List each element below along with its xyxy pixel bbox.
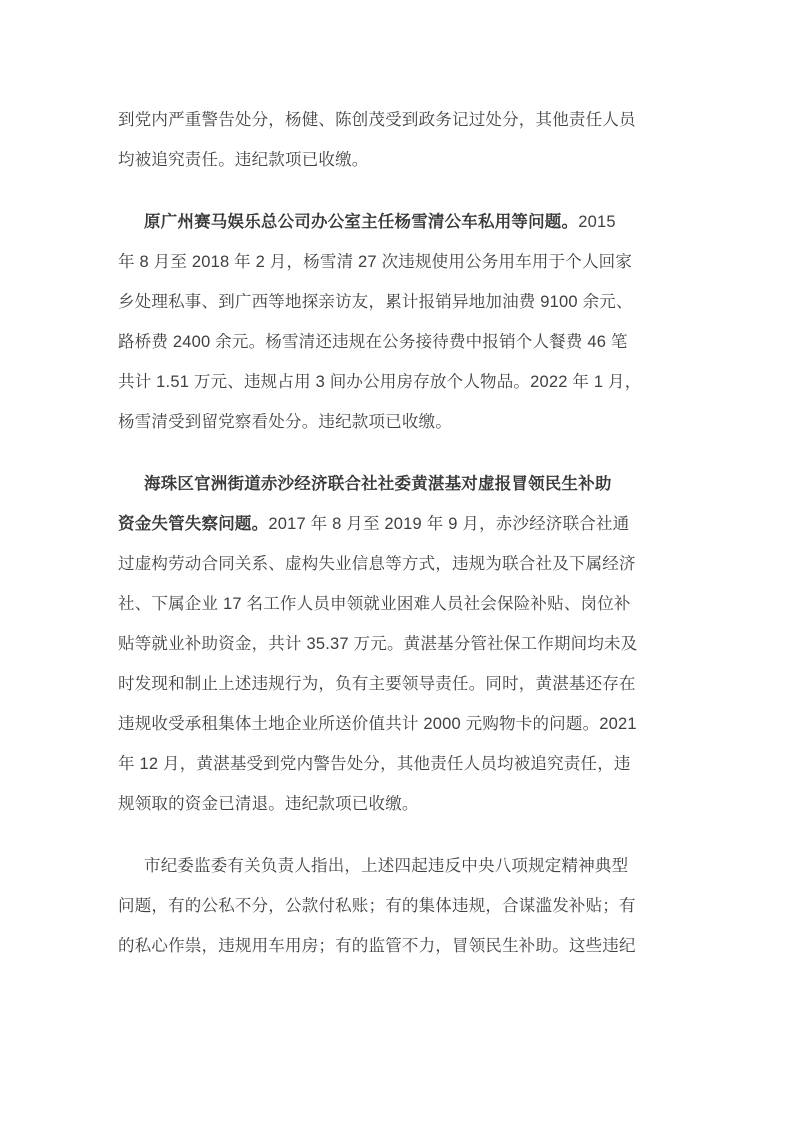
- paragraph-previous-case-conclusion-line-1: 到党内严重警告处分，杨健、陈创茂受到政务记过处分，其他责任人员: [118, 100, 638, 140]
- body-text: 规领取的资金已清退。违纪款项已收缴。: [118, 795, 419, 813]
- paragraph-huangzhanji-case-line-2: 资金失管失察问题。2017 年 8 月至 2019 年 9 月，赤沙经济联合社通: [118, 504, 638, 544]
- body-text: 乡处理私事、到广西等地探亲访友，累计报销异地加油费 9100 余元、: [118, 293, 633, 311]
- body-text: 过虚构劳动合同关系、虚构失业信息等方式，违规为联合社及下属经济: [118, 555, 636, 573]
- body-text: 共计 1.51 万元、违规占用 3 间办公用房存放个人物品。2022 年 1 月…: [118, 373, 641, 391]
- paragraph-huangzhanji-case-line-1: 海珠区官洲街道赤沙经济联合社社委黄湛基对虚报冒领民生补助: [118, 464, 638, 504]
- paragraph-previous-case-conclusion-line-2: 均被追究责任。违纪款项已收缴。: [118, 140, 638, 180]
- paragraph-commission-remarks-line-1: 市纪委监委有关负责人指出，上述四起违反中央八项规定精神典型: [118, 846, 638, 886]
- paragraph-huangzhanji-case-line-3: 过虚构劳动合同关系、虚构失业信息等方式，违规为联合社及下属经济: [118, 544, 638, 584]
- body-text: 年 12 月，黄湛基受到党内警告处分，其他责任人员均被追究责任，违: [118, 755, 631, 773]
- paragraph-yangxueqing-case-line-4: 路桥费 2400 余元。杨雪清还违规在公务接待费中报销个人餐费 46 笔: [118, 322, 638, 362]
- paragraph-commission-remarks-line-2: 问题，有的公私不分，公款付私账；有的集体违规，合谋滥发补贴；有: [118, 886, 638, 926]
- paragraph-huangzhanji-case-line-7: 违规收受承租集体土地企业所送价值共计 2000 元购物卡的问题。2021: [118, 704, 638, 744]
- paragraph-huangzhanji-case: 海珠区官洲街道赤沙经济联合社社委黄湛基对虚报冒领民生补助资金失管失察问题。201…: [118, 464, 638, 824]
- bold-lead-text: 原广州赛马娱乐总公司办公室主任杨雪清公车私用等问题。: [144, 213, 578, 231]
- body-text: 均被追究责任。违纪款项已收缴。: [118, 151, 369, 169]
- body-text: 2015: [578, 213, 616, 231]
- body-text: 社、下属企业 17 名工作人员申领就业困难人员社会保险补贴、岗位补: [118, 595, 631, 613]
- paragraph-huangzhanji-case-line-9: 规领取的资金已清退。违纪款项已收缴。: [118, 784, 638, 824]
- paragraph-huangzhanji-case-line-4: 社、下属企业 17 名工作人员申领就业困难人员社会保险补贴、岗位补: [118, 584, 638, 624]
- paragraph-yangxueqing-case-line-6: 杨雪清受到留党察看处分。违纪款项已收缴。: [118, 402, 638, 442]
- paragraph-huangzhanji-case-line-5: 贴等就业补助资金，共计 35.37 万元。黄湛基分管社保工作期间均未及: [118, 624, 638, 664]
- bold-lead-text: 海珠区官洲街道赤沙经济联合社社委黄湛基对虚报冒领民生补助: [144, 475, 612, 493]
- document-page: 到党内严重警告处分，杨健、陈创茂受到政务记过处分，其他责任人员均被追究责任。违纪…: [0, 0, 800, 1131]
- paragraph-yangxueqing-case: 原广州赛马娱乐总公司办公室主任杨雪清公车私用等问题。2015年 8 月至 201…: [118, 202, 638, 442]
- paragraph-yangxueqing-case-line-1: 原广州赛马娱乐总公司办公室主任杨雪清公车私用等问题。2015: [118, 202, 638, 242]
- body-text: 2017 年 8 月至 2019 年 9 月，赤沙经济联合社通: [268, 515, 629, 533]
- body-text: 时发现和制止上述违规行为，负有主要领导责任。同时，黄湛基还存在: [118, 675, 636, 693]
- body-text: 问题，有的公私不分，公款付私账；有的集体违规，合谋滥发补贴；有: [118, 897, 636, 915]
- paragraph-yangxueqing-case-line-3: 乡处理私事、到广西等地探亲访友，累计报销异地加油费 9100 余元、: [118, 282, 638, 322]
- article-body: 到党内严重警告处分，杨健、陈创茂受到政务记过处分，其他责任人员均被追究责任。违纪…: [118, 100, 638, 966]
- paragraph-huangzhanji-case-line-8: 年 12 月，黄湛基受到党内警告处分，其他责任人员均被追究责任，违: [118, 744, 638, 784]
- paragraph-yangxueqing-case-line-5: 共计 1.51 万元、违规占用 3 间办公用房存放个人物品。2022 年 1 月…: [118, 362, 638, 402]
- body-text: 年 8 月至 2018 年 2 月，杨雪清 27 次违规使用公务用车用于个人回家: [118, 253, 632, 271]
- paragraph-commission-remarks-line-3: 的私心作祟，违规用车用房；有的监管不力，冒领民生补助。这些违纪: [118, 926, 638, 966]
- body-text: 的私心作祟，违规用车用房；有的监管不力，冒领民生补助。这些违纪: [118, 937, 636, 955]
- paragraph-previous-case-conclusion: 到党内严重警告处分，杨健、陈创茂受到政务记过处分，其他责任人员均被追究责任。违纪…: [118, 100, 638, 180]
- paragraph-huangzhanji-case-line-6: 时发现和制止上述违规行为，负有主要领导责任。同时，黄湛基还存在: [118, 664, 638, 704]
- body-text: 市纪委监委有关负责人指出，上述四起违反中央八项规定精神典型: [144, 857, 628, 875]
- body-text: 杨雪清受到留党察看处分。违纪款项已收缴。: [118, 413, 452, 431]
- body-text: 到党内严重警告处分，杨健、陈创茂受到政务记过处分，其他责任人员: [118, 111, 636, 129]
- bold-lead-text: 资金失管失察问题。: [118, 515, 268, 533]
- body-text: 违规收受承租集体土地企业所送价值共计 2000 元购物卡的问题。2021: [118, 715, 637, 733]
- body-text: 路桥费 2400 余元。杨雪清还违规在公务接待费中报销个人餐费 46 笔: [118, 333, 628, 351]
- body-text: 贴等就业补助资金，共计 35.37 万元。黄湛基分管社保工作期间均未及: [118, 635, 637, 653]
- paragraph-yangxueqing-case-line-2: 年 8 月至 2018 年 2 月，杨雪清 27 次违规使用公务用车用于个人回家: [118, 242, 638, 282]
- paragraph-commission-remarks: 市纪委监委有关负责人指出，上述四起违反中央八项规定精神典型问题，有的公私不分，公…: [118, 846, 638, 966]
